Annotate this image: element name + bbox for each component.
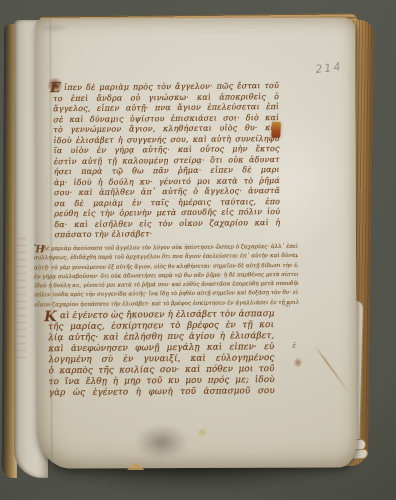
text-line: σπάσατο τὴν ἐλισάβετ· bbox=[54, 228, 280, 241]
folio-number: 214 bbox=[315, 60, 343, 76]
gospel-text-block-2: Κ αὶ ἐγένετο ὡς ἤκουσεν ἡ ἐλισάβετ τὸν ἀ… bbox=[48, 309, 275, 399]
decorated-initial-kappa: Κ bbox=[44, 308, 57, 325]
brown-fleck bbox=[293, 358, 302, 368]
yellow-stain bbox=[197, 428, 208, 437]
bottom-edge-fold bbox=[127, 462, 145, 470]
commentary-initial-eta: Ἡ bbox=[34, 244, 45, 255]
margin-kephalaion-ornament bbox=[271, 122, 281, 138]
margin-note-mark: ὠ bbox=[285, 302, 290, 309]
facing-page-text-edge bbox=[17, 238, 26, 362]
commentary-text-block: Ἡ δὲ μαριὰμ ἀκούσασα τοῦ ἀγγέλου τὸν λόγ… bbox=[34, 243, 299, 311]
pencil-smudge bbox=[39, 23, 69, 32]
decorated-initial-epsilon: Ε bbox=[50, 80, 61, 96]
parchment-scratch bbox=[313, 345, 350, 394]
gospel-text-block: Ε ἶπεν δὲ μαριὰμ πρὸς τὸν ἄγγελον· πῶς ἔ… bbox=[53, 81, 281, 241]
text-line: δα· καὶ εἰσῆλθεν εἰς τὸν οἶκον ζαχαρίου … bbox=[54, 218, 280, 231]
margin-note-mark: ἑ bbox=[292, 342, 296, 350]
text-line: γὰρ ὡς ἐγένετο ἡ φωνὴ τοῦ ἀσπασμοῦ σου bbox=[49, 386, 275, 399]
dark-stain bbox=[135, 424, 189, 460]
manuscript-page: 214 Ε ἶπεν δὲ μαριὰμ πρὸς τὸν ἄγγελον· π… bbox=[35, 17, 357, 468]
